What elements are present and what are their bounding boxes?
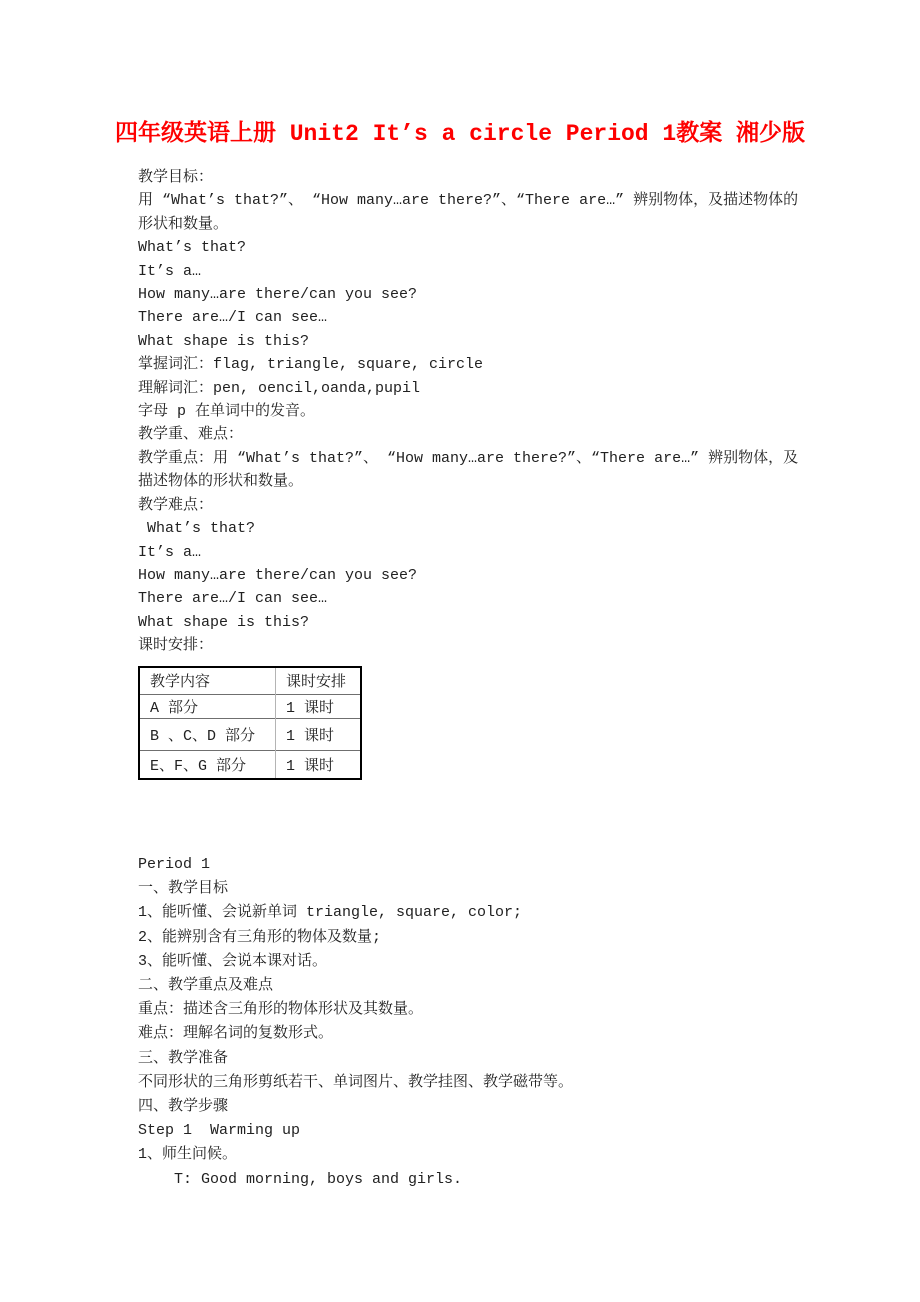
table-row: B 、C、D 部分1 课时 — [139, 718, 361, 750]
text-line: What shape is this? — [138, 611, 798, 634]
text-line: 3、能听懂、会说本课对话。 — [138, 950, 573, 974]
text-line: 四、教学步骤 — [138, 1095, 573, 1119]
text-line: 二、教学重点及难点 — [138, 974, 573, 998]
text-line: It’s a… — [138, 260, 798, 283]
text-line: 难点：理解名词的复数形式。 — [138, 1022, 573, 1046]
schedule-table-body: 教学内容课时安排A 部分1 课时B 、C、D 部分1 课时E、F、G 部分1 课… — [139, 667, 361, 779]
text-line: It’s a… — [138, 541, 798, 564]
text-line: There are…/I can see… — [138, 587, 798, 610]
text-line: T: Good morning, boys and girls. — [138, 1168, 573, 1192]
text-line: What’s that? — [138, 517, 798, 540]
text-line: 不同形状的三角形剪纸若干、单词图片、教学挂图、教学磁带等。 — [138, 1071, 573, 1095]
text-line: 1、师生问候。 — [138, 1143, 573, 1167]
text-line: 用 “What’s that?”、 “How many…are there?”、… — [138, 189, 798, 212]
text-line: 课时安排： — [138, 634, 798, 657]
table-row: A 部分1 课时 — [139, 694, 361, 718]
text-line: 三、教学准备 — [138, 1047, 573, 1071]
text-line: How many…are there/can you see? — [138, 564, 798, 587]
table-cell: B 、C、D 部分 — [139, 718, 276, 750]
text-line: 重点：描述含三角形的物体形状及其数量。 — [138, 998, 573, 1022]
text-line: 字母 p 在单词中的发音。 — [138, 400, 798, 423]
table-cell: A 部分 — [139, 694, 276, 718]
text-line: What shape is this? — [138, 330, 798, 353]
text-line: 教学目标： — [138, 166, 798, 189]
table-row: E、F、G 部分1 课时 — [139, 750, 361, 779]
table-cell: E、F、G 部分 — [139, 750, 276, 779]
text-line: How many…are there/can you see? — [138, 283, 798, 306]
table-cell: 1 课时 — [276, 750, 362, 779]
text-line: 掌握词汇：flag, triangle, square, circle — [138, 353, 798, 376]
period1-section: Period 1一、教学目标1、能听懂、会说新单词 triangle, squa… — [138, 853, 573, 1192]
text-line: 2、能辨别含有三角形的物体及数量; — [138, 926, 573, 950]
schedule-table: 教学内容课时安排A 部分1 课时B 、C、D 部分1 课时E、F、G 部分1 课… — [138, 666, 362, 780]
table-header-row: 教学内容课时安排 — [139, 667, 361, 694]
text-line: 形状和数量。 — [138, 213, 798, 236]
text-line: 1、能听懂、会说新单词 triangle, square, color; — [138, 901, 573, 925]
intro-section: 教学目标：用 “What’s that?”、 “How many…are the… — [138, 166, 798, 658]
text-line: 教学重、难点： — [138, 423, 798, 446]
table-cell: 1 课时 — [276, 718, 362, 750]
text-line: 理解词汇：pen, oencil,oanda,pupil — [138, 377, 798, 400]
text-line: Step 1 Warming up — [138, 1119, 573, 1143]
table-cell: 1 课时 — [276, 694, 362, 718]
table-header-cell: 课时安排 — [276, 667, 362, 694]
text-line: What’s that? — [138, 236, 798, 259]
text-line: 教学重点：用 “What’s that?”、 “How many…are the… — [138, 447, 798, 470]
text-line: 教学难点： — [138, 494, 798, 517]
text-line: 描述物体的形状和数量。 — [138, 470, 798, 493]
document-page: 四年级英语上册 Unit2 It’s a circle Period 1教案 湘… — [0, 0, 920, 1302]
text-line: There are…/I can see… — [138, 306, 798, 329]
table-header-cell: 教学内容 — [139, 667, 276, 694]
document-title: 四年级英语上册 Unit2 It’s a circle Period 1教案 湘… — [0, 121, 920, 148]
text-line: 一、教学目标 — [138, 877, 573, 901]
text-line: Period 1 — [138, 853, 573, 877]
